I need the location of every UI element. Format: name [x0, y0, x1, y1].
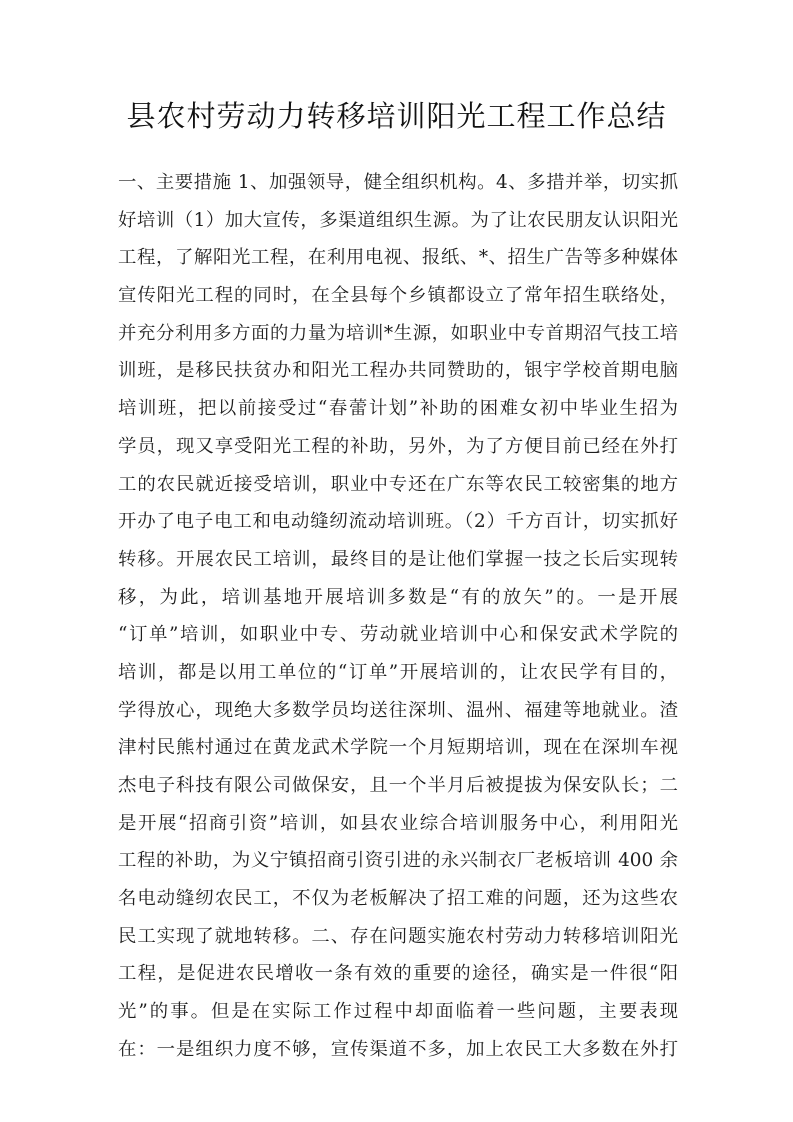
body-line: 宣传阳光工程的同时，在全县每个乡镇都设立了常年招生联络处， — [118, 277, 678, 315]
body-line: 工的农民就近接受培训，职业中专还在广东等农民工较密集的地方 — [118, 466, 678, 504]
body-line: 一、主要措施 1、加强领导，健全组织机构。4、多措并举，切实抓 — [118, 164, 678, 202]
body-line: 工程的补助，为义宁镇招商引资引进的永兴制衣厂老板培训 400 余 — [118, 842, 678, 880]
body-line: 并充分利用多方面的力量为培训*生源，如职业中专首期沼气技工培 — [118, 315, 678, 353]
body-line: 在：一是组织力度不够，宣传渠道不多，加上农民工大多数在外打 — [118, 1031, 678, 1069]
body-line: 杰电子科技有限公司做保安，且一个半月后被提拔为保安队长；二 — [118, 767, 678, 805]
body-line: “订单”培训，如职业中专、劳动就业培训中心和保安武术学院的 — [118, 616, 678, 654]
body-line: 转移。开展农民工培训，最终目的是让他们掌握一技之长后实现转 — [118, 541, 678, 579]
body-line: 工程，了解阳光工程，在利用电视、报纸、*、招生广告等多种媒体 — [118, 239, 678, 277]
body-line: 津村民熊村通过在黄龙武术学院一个月短期培训，现在在深圳车视 — [118, 729, 678, 767]
body-line: 开办了电子电工和电动缝纫流动培训班。（2）千方百计，切实抓好 — [118, 503, 678, 541]
body-line: 学得放心，现绝大多数学员均送往深圳、温州、福建等地就业。渣 — [118, 692, 678, 730]
body-line: 培训班，把以前接受过“春蕾计划”补助的困难女初中毕业生招为 — [118, 390, 678, 428]
document-body: 一、主要措施 1、加强领导，健全组织机构。4、多措并举，切实抓 好培训（1）加大… — [118, 164, 678, 1069]
body-line: 名电动缝纫农民工，不仅为老板解决了招工难的问题，还为这些农 — [118, 880, 678, 918]
body-line: 培训，都是以用工单位的“订单”开展培训的，让农民学有目的， — [118, 654, 678, 692]
body-line: 训班，是移民扶贫办和阳光工程办共同赞助的，银宇学校首期电脑 — [118, 352, 678, 390]
body-line: 工程，是促进农民增收一条有效的重要的途径，确实是一件很“阳 — [118, 955, 678, 993]
body-line: 民工实现了就地转移。二、存在问题实施农村劳动力转移培训阳光 — [118, 918, 678, 956]
body-line: 好培训（1）加大宣传，多渠道组织生源。为了让农民朋友认识阳光 — [118, 202, 678, 240]
body-line: 移，为此，培训基地开展培训多数是“有的放矢”的。一是开展 — [118, 579, 678, 617]
document-title: 县农村劳动力转移培训阳光工程工作总结 — [0, 96, 793, 136]
document-page: 县农村劳动力转移培训阳光工程工作总结 一、主要措施 1、加强领导，健全组织机构。… — [0, 0, 793, 1122]
body-line: 学员，现又享受阳光工程的补助，另外，为了方便目前已经在外打 — [118, 428, 678, 466]
body-line: 是开展“招商引资”培训，如县农业综合培训服务中心，利用阳光 — [118, 805, 678, 843]
body-line: 光”的事。但是在实际工作过程中却面临着一些问题，主要表现 — [118, 993, 678, 1031]
